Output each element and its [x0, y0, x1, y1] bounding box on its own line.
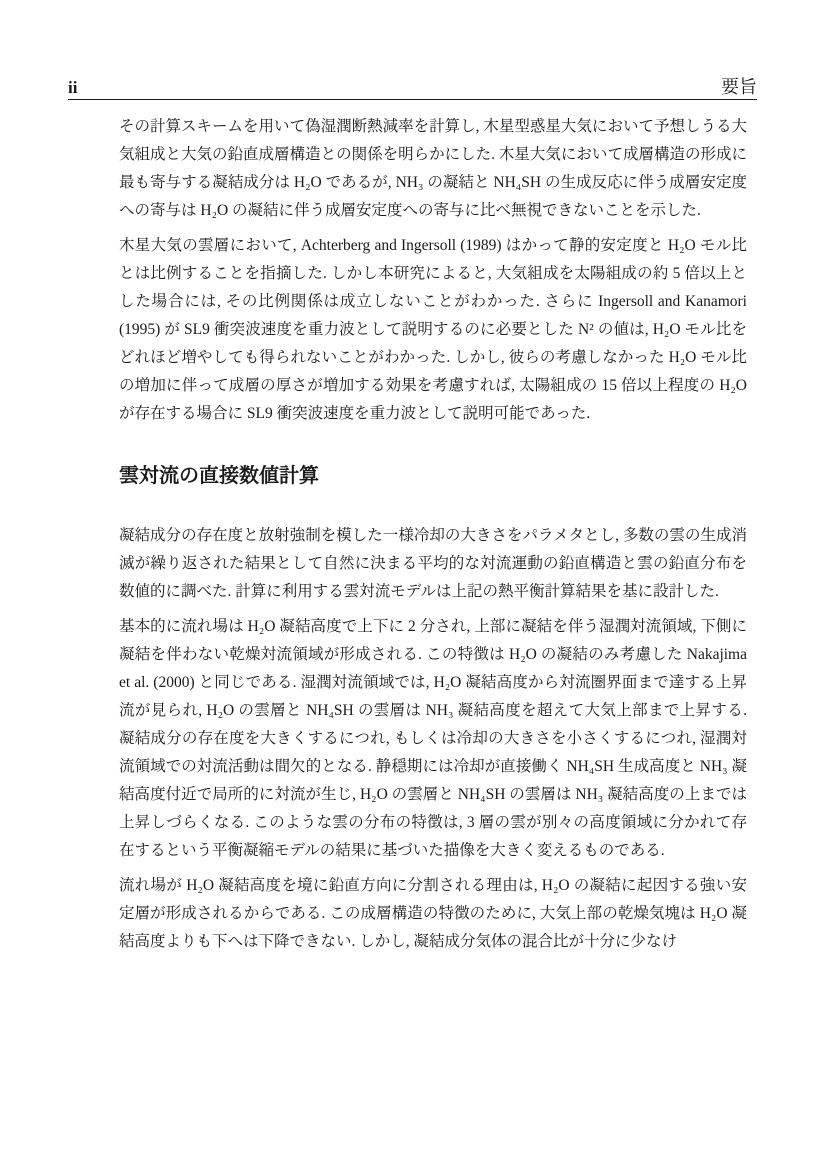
- paragraph-group-top: その計算スキームを用いて偽湿潤断熱減率を計算し, 木星型惑星大気において予想しう…: [119, 113, 747, 428]
- document-page: ii 要旨 その計算スキームを用いて偽湿潤断熱減率を計算し, 木星型惑星大気にお…: [0, 0, 826, 1169]
- abstract-body: その計算スキームを用いて偽湿潤断熱減率を計算し, 木星型惑星大気において予想しう…: [119, 113, 747, 963]
- paragraph: 凝結成分の存在度と放射強制を模した一様冷却の大きさをパラメタとし, 多数の雲の生…: [119, 522, 747, 606]
- paragraph: 木星大気の雲層において, Achterberg and Ingersoll (1…: [119, 232, 747, 428]
- running-title: 要旨: [721, 78, 757, 96]
- section-heading: 雲対流の直接数値計算: [119, 464, 747, 488]
- running-header: ii 要旨: [68, 70, 757, 100]
- paragraph-group-section: 凝結成分の存在度と放射強制を模した一様冷却の大きさをパラメタとし, 多数の雲の生…: [119, 522, 747, 956]
- page-number: ii: [68, 79, 77, 96]
- paragraph: その計算スキームを用いて偽湿潤断熱減率を計算し, 木星型惑星大気において予想しう…: [119, 113, 747, 225]
- paragraph: 基本的に流れ場は H₂O 凝結高度で上下に 2 分され, 上部に凝結を伴う湿潤対…: [119, 613, 747, 865]
- paragraph: 流れ場が H₂O 凝結高度を境に鉛直方向に分割される理由は, H₂O の凝結に起…: [119, 872, 747, 956]
